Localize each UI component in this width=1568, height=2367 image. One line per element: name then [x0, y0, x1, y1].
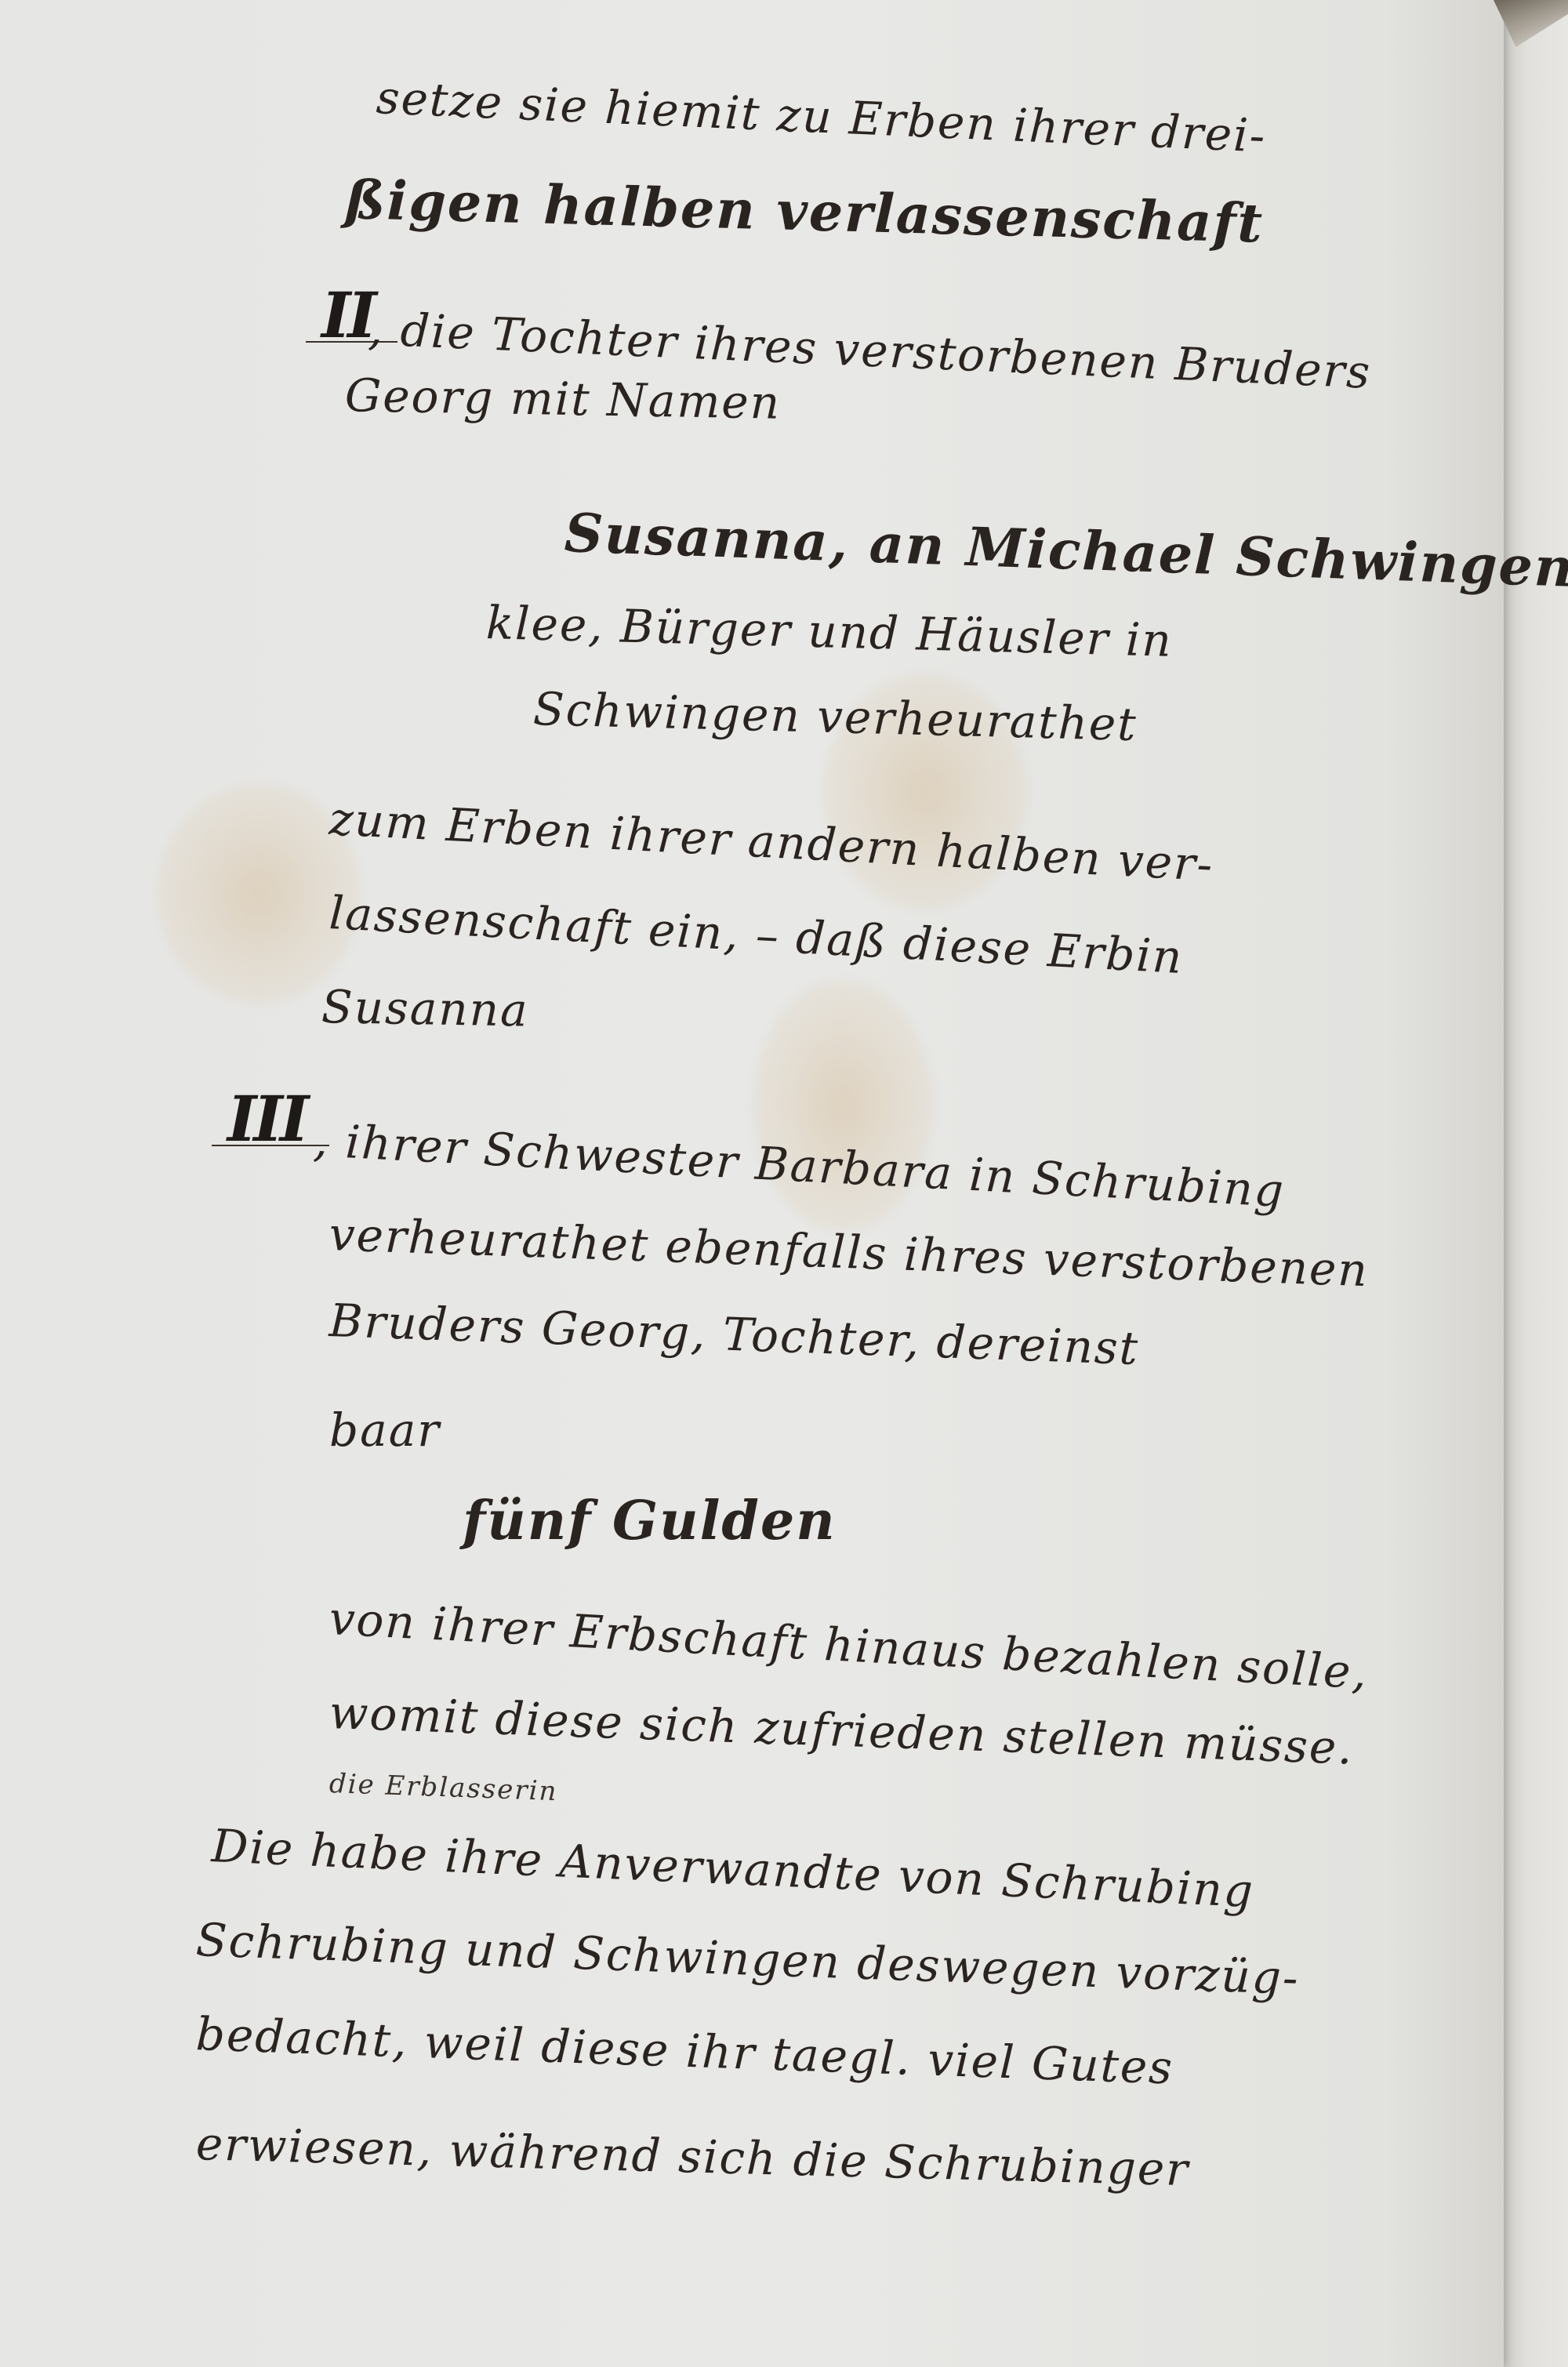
text-line: baar [329, 1403, 441, 1457]
text-line: Susanna [321, 980, 529, 1037]
text-line: Georg mit Namen [344, 368, 781, 430]
text-line: fünf Gulden [463, 1490, 837, 1552]
text-line: Schrubing und Schwingen deswegen vorzüg- [195, 1913, 1301, 2005]
text-line: erwiesen, während sich die Schrubinger [195, 2117, 1190, 2196]
text-line: Bruders Georg, Tochter, dereinst [328, 1294, 1140, 1375]
text-line: zum Erben ihrer andern halben ver- [328, 792, 1215, 891]
interlinear-insertion: die Erblasserin [328, 1768, 558, 1807]
text-line: Schwingen verheurathet [532, 682, 1138, 751]
text-line: lassenschaft ein, – daß diese Erbin [328, 886, 1185, 984]
text-line: ßigen halben verlassenschaft [344, 169, 1265, 256]
text-line: bedacht, weil diese ihr taegl. viel Gute… [195, 2007, 1174, 2095]
text-line: Susanna, an Michael Schwingen- [564, 502, 1568, 601]
text-line: Die habe ihre Anverwandte von Schrubing [211, 1819, 1256, 1918]
section-numeral-ii: II [321, 278, 374, 352]
text-line: womit diese sich zufrieden stellen müsse… [328, 1686, 1355, 1775]
section-numeral-iii: III [227, 1082, 306, 1156]
adjacent-page-edge [1504, 0, 1568, 2367]
text-line: von ihrer Erbschaft hinaus bezahlen soll… [328, 1592, 1369, 1699]
manuscript-page: setze sie hiemit zu Erben ihrer drei- ßi… [0, 0, 1504, 2367]
text-line: setze sie hiemit zu Erben ihrer drei- [376, 71, 1268, 163]
text-line: klee, Bürger und Häusler in [485, 596, 1174, 667]
